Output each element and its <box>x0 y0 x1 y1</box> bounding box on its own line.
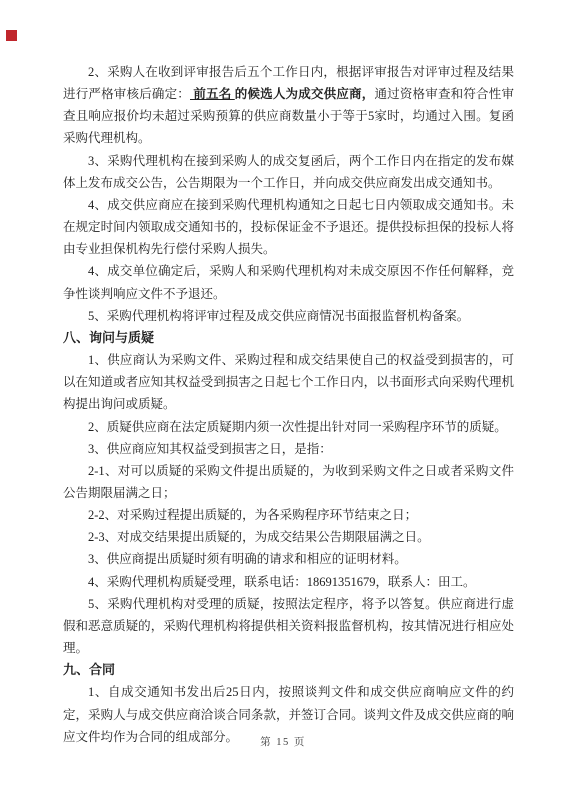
text-run: 4、成交单位确定后，采购人和采购代理机构对未成交原因不作任何解释，竞争性谈判响应… <box>63 264 514 300</box>
paragraph: 2-2、对采购过程提出质疑的，为各采购程序环节结束之日； <box>63 504 514 526</box>
paragraph: 4、成交供应商应在接到采购代理机构通知之日起七日内领取成交通知书。未在规定时间内… <box>63 194 514 260</box>
page-number-label: 第 15 页 <box>260 737 306 748</box>
text-run: 3、采购代理机构在接到采购人的成交复函后，两个工作日内在指定的发布媒体上发布成交… <box>63 154 514 190</box>
paragraph: 1、供应商认为采购文件、采购过程和成交结果使自己的权益受到损害的，可以在知道或者… <box>63 349 514 415</box>
text-run: 5、采购代理机构将评审过程及成交供应商情况书面报监督机构备案。 <box>88 309 469 323</box>
text-run: 2-3、对成交结果提出质疑的，为成交结果公告期限届满之日。 <box>88 530 430 544</box>
document-body: 2、采购人在收到评审报告后五个工作日内，根据评审报告对评审过程及结果进行严格审核… <box>63 61 514 748</box>
paragraph: 2-1、对可以质疑的采购文件提出质疑的，为收到采购文件之日或者采购文件公告期限届… <box>63 460 514 504</box>
paragraph: 3、供应商应知其权益受到损害之日，是指： <box>63 438 514 460</box>
text-run: 4、成交供应商应在接到采购代理机构通知之日起七日内领取成交通知书。未在规定时间内… <box>63 198 514 256</box>
text-run: 前五名 <box>190 87 235 101</box>
section-heading: 八、询问与质疑 <box>63 327 514 349</box>
text-run: 4、采购代理机构质疑受理，联系电话：18691351679，联系人：田工。 <box>88 575 476 589</box>
paragraph: 5、采购代理机构将评审过程及成交供应商情况书面报监督机构备案。 <box>63 305 514 327</box>
text-run: 3、供应商应知其权益受到损害之日，是指： <box>88 442 332 456</box>
text-run: 2-1、对可以质疑的采购文件提出质疑的，为收到采购文件之日或者采购文件公告期限届… <box>63 464 514 500</box>
section-heading: 九、合同 <box>63 659 514 681</box>
paragraph: 3、供应商提出质疑时须有明确的请求和相应的证明材料。 <box>63 548 514 570</box>
paragraph: 2、质疑供应商在法定质疑期内须一次性提出针对同一采购程序环节的质疑。 <box>63 416 514 438</box>
paragraph: 2-3、对成交结果提出质疑的，为成交结果公告期限届满之日。 <box>63 526 514 548</box>
text-run: 2、质疑供应商在法定质疑期内须一次性提出针对同一采购程序环节的质疑。 <box>88 420 507 434</box>
paragraph: 3、采购代理机构在接到采购人的成交复函后，两个工作日内在指定的发布媒体上发布成交… <box>63 150 514 194</box>
text-run: 的候选人为成交供应商， <box>235 87 375 101</box>
text-run: 八、询问与质疑 <box>63 330 154 345</box>
text-run: 5、采购代理机构对受理的质疑，按照法定程序，将予以答复。供应商进行虚假和恶意质疑… <box>63 597 514 655</box>
text-run: 九、合同 <box>63 662 115 677</box>
paragraph: 2、采购人在收到评审报告后五个工作日内，根据评审报告对评审过程及结果进行严格审核… <box>63 61 514 150</box>
page-footer: 第 15 页 <box>0 734 566 749</box>
document-page: 2、采购人在收到评审报告后五个工作日内，根据评审报告对评审过程及结果进行严格审核… <box>0 0 566 800</box>
text-run: 3、供应商提出质疑时须有明确的请求和相应的证明材料。 <box>88 552 407 566</box>
paragraph: 5、采购代理机构对受理的质疑，按照法定程序，将予以答复。供应商进行虚假和恶意质疑… <box>63 593 514 659</box>
text-run: 1、供应商认为采购文件、采购过程和成交结果使自己的权益受到损害的，可以在知道或者… <box>63 353 514 411</box>
red-stamp-marker <box>6 30 17 41</box>
text-run: 2-2、对采购过程提出质疑的，为各采购程序环节结束之日； <box>88 508 417 522</box>
paragraph: 4、成交单位确定后，采购人和采购代理机构对未成交原因不作任何解释，竞争性谈判响应… <box>63 260 514 304</box>
paragraph: 4、采购代理机构质疑受理，联系电话：18691351679，联系人：田工。 <box>63 571 514 593</box>
